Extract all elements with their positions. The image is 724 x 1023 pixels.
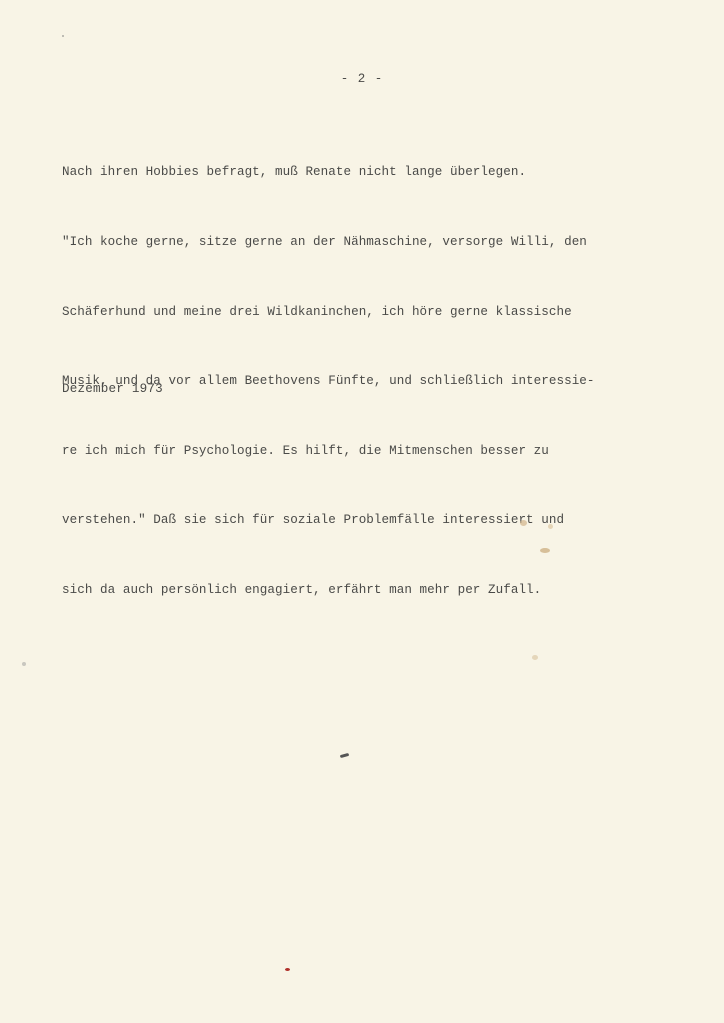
stain-spot: [520, 520, 527, 526]
stain-spot: [548, 524, 553, 529]
paragraph-line: Schäferhund und meine drei Wildkaninchen…: [62, 301, 682, 324]
dust-mark: [62, 35, 64, 37]
red-mark: [285, 968, 290, 971]
date-line: Dezember 1973: [62, 382, 163, 396]
paragraph-line: re ich mich für Psychologie. Es hilft, d…: [62, 440, 682, 463]
paragraph-line: "Ich koche gerne, sitze gerne an der Näh…: [62, 231, 682, 254]
dust-mark: [22, 662, 26, 666]
ink-mark: [340, 753, 349, 758]
paragraph-line: verstehen." Daß sie sich für soziale Pro…: [62, 509, 682, 532]
stain-spot: [532, 655, 538, 660]
paragraph-line: Nach ihren Hobbies befragt, muß Renate n…: [62, 161, 682, 184]
stain-spot: [540, 548, 550, 553]
document-page: - 2 - Nach ihren Hobbies befragt, muß Re…: [0, 0, 724, 1023]
page-number: - 2 -: [0, 72, 724, 86]
paragraph-line: sich da auch persönlich engagiert, erfäh…: [62, 579, 682, 602]
